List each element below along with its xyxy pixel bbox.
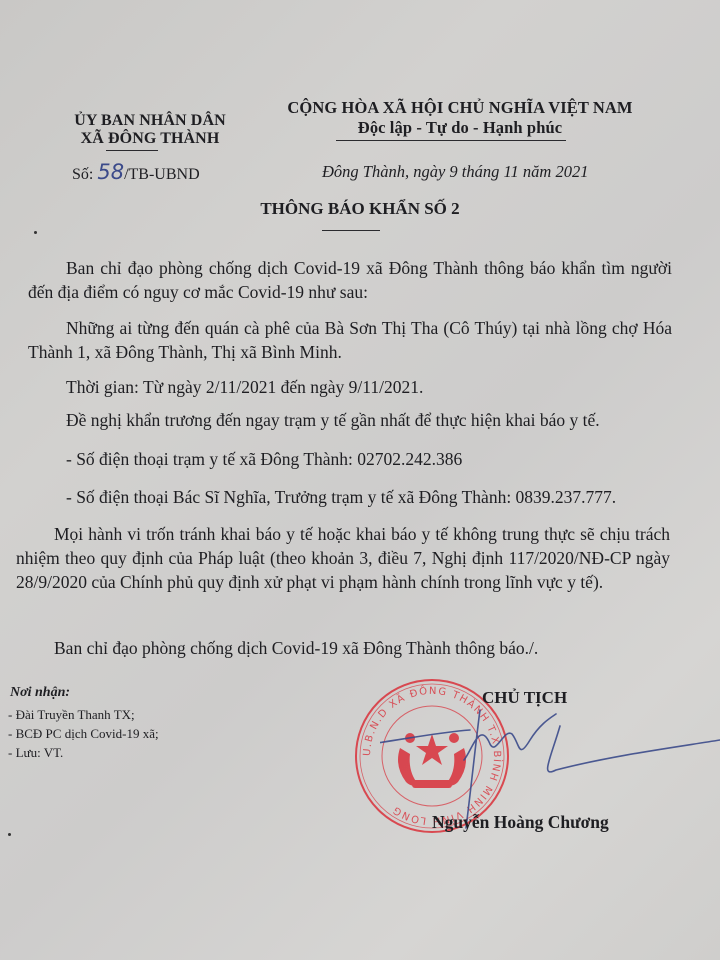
- intro-paragraph: Ban chỉ đạo phòng chống dịch Covid-19 xã…: [28, 256, 672, 304]
- document-number-handwritten: 58: [97, 160, 124, 184]
- ink-speck: [34, 231, 37, 234]
- handwritten-signature: [380, 700, 720, 830]
- phone-line-health-station: - Số điện thoại trạm y tế xã Đông Thành:…: [28, 447, 672, 471]
- title-rule: [322, 230, 380, 231]
- closing-paragraph: Ban chỉ đạo phòng chống dịch Covid-19 xã…: [16, 636, 660, 660]
- document-number-suffix: /TB-UBND: [124, 166, 200, 183]
- recipient-item: - Lưu: VT.: [8, 744, 63, 761]
- document-number: Số: 58/TB-UBND: [72, 160, 200, 184]
- document-number-prefix: Số:: [72, 166, 97, 183]
- time-paragraph: Thời gian: Từ ngày 2/11/2021 đến ngày 9/…: [28, 375, 672, 399]
- place-date: Đông Thành, ngày 9 tháng 11 năm 2021: [322, 162, 588, 182]
- phone-line-doctor: - Số điện thoại Bác Sĩ Nghĩa, Trưởng trạ…: [28, 485, 672, 509]
- warning-paragraph: Mọi hành vi trốn tránh khai báo y tế hoặ…: [16, 522, 670, 594]
- header-left-rule: [106, 150, 158, 151]
- issuing-authority-line2: XÃ ĐÔNG THÀNH: [60, 130, 240, 148]
- recipients-label: Nơi nhận:: [10, 685, 70, 701]
- issuing-authority-line1: ỦY BAN NHÂN DÂN: [60, 112, 240, 130]
- national-motto: Độc lập - Tự do - Hạnh phúc: [270, 118, 650, 138]
- ink-speck: [8, 833, 11, 836]
- location-paragraph: Những ai từng đến quán cà phê của Bà Sơn…: [28, 316, 672, 364]
- header-right-rule: [336, 140, 566, 141]
- request-paragraph: Đề nghị khẩn trương đến ngay trạm y tế g…: [28, 408, 672, 432]
- national-title: CỘNG HÒA XÃ HỘI CHỦ NGHĨA VIỆT NAM: [270, 98, 650, 118]
- recipient-item: - BCĐ PC dịch Covid-19 xã;: [8, 725, 159, 742]
- signatory-name: Nguyễn Hoàng Chương: [432, 812, 609, 833]
- recipient-item: - Đài Truyền Thanh TX;: [8, 706, 135, 723]
- document-title: THÔNG BÁO KHẨN SỐ 2: [0, 199, 720, 219]
